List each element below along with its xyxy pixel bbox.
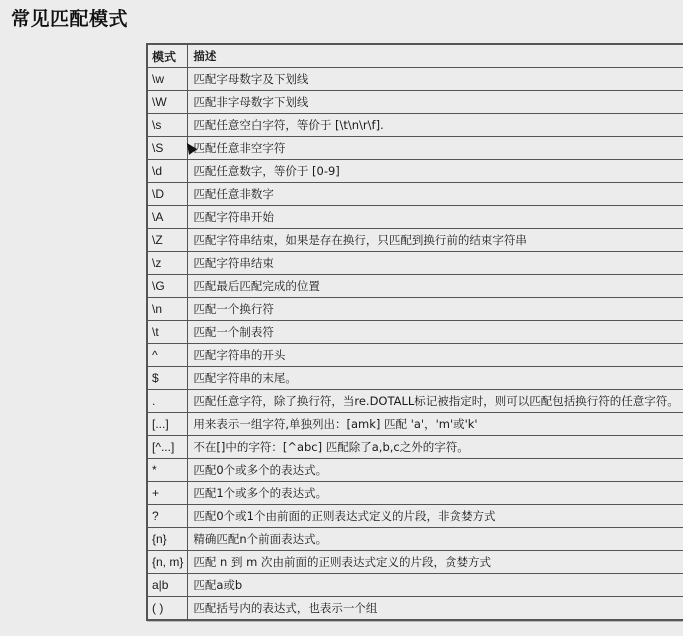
pattern-cell: {n} <box>147 528 188 551</box>
page-title: 常见匹配模式 <box>11 4 128 31</box>
description-cell: 匹配字母数字及下划线 <box>188 68 683 91</box>
pattern-cell: \t <box>147 321 188 344</box>
pattern-cell: \n <box>147 298 188 321</box>
description-cell: 匹配最后匹配完成的位置 <box>188 275 683 298</box>
table-row: \s匹配任意空白字符，等价于 [\t\n\r\f]. <box>147 114 683 137</box>
description-cell: 匹配字符串的开头 <box>188 344 683 367</box>
description-cell: 匹配字符串结束 <box>188 252 683 275</box>
pattern-cell: \w <box>147 68 188 91</box>
pattern-cell: \W <box>147 91 188 114</box>
description-cell: 匹配 n 到 m 次由前面的正则表达式定义的片段，贪婪方式 <box>188 551 683 574</box>
pattern-cell: \G <box>147 275 188 298</box>
table-row: ^匹配字符串的开头 <box>147 344 683 367</box>
description-cell: 匹配一个制表符 <box>188 321 683 344</box>
description-cell: 匹配0个或多个的表达式。 <box>188 459 683 482</box>
pattern-cell: [^...] <box>147 436 188 459</box>
description-cell: 匹配任意非空字符 <box>188 137 683 160</box>
table-row: \W匹配非字母数字下划线 <box>147 91 683 114</box>
table-row: ( )匹配括号内的表达式，也表示一个组 <box>147 597 683 621</box>
table-row: {n}精确匹配n个前面表达式。 <box>147 528 683 551</box>
description-cell: 匹配任意字符，除了换行符，当re.DOTALL标记被指定时，则可以匹配包括换行符… <box>188 390 683 413</box>
pattern-cell: \s <box>147 114 188 137</box>
table-row: a|b匹配a或b <box>147 574 683 597</box>
pattern-cell: \Z <box>147 229 188 252</box>
description-cell: 匹配字符串结束，如果是存在换行，只匹配到换行前的结束字符串 <box>188 229 683 252</box>
table-row: \d匹配任意数字，等价于 [0-9] <box>147 160 683 183</box>
description-cell: 匹配任意非数字 <box>188 183 683 206</box>
pattern-cell: \S <box>147 137 188 160</box>
description-cell: 匹配0个或1个由前面的正则表达式定义的片段，非贪婪方式 <box>188 505 683 528</box>
table-row: \G匹配最后匹配完成的位置 <box>147 275 683 298</box>
description-cell: 匹配任意空白字符，等价于 [\t\n\r\f]. <box>188 114 683 137</box>
table-row: \Z匹配字符串结束，如果是存在换行，只匹配到换行前的结束字符串 <box>147 229 683 252</box>
description-cell: 匹配括号内的表达式，也表示一个组 <box>188 597 683 621</box>
table-row: \w匹配字母数字及下划线 <box>147 68 683 91</box>
table-row: \S匹配任意非空字符 <box>147 137 683 160</box>
pattern-cell: ^ <box>147 344 188 367</box>
header-pattern: 模式 <box>147 44 188 68</box>
pattern-cell: ? <box>147 505 188 528</box>
description-cell: 匹配1个或多个的表达式。 <box>188 482 683 505</box>
pattern-cell: \D <box>147 183 188 206</box>
pattern-cell: \A <box>147 206 188 229</box>
description-cell: 匹配非字母数字下划线 <box>188 91 683 114</box>
pattern-cell: ( ) <box>147 597 188 621</box>
regex-pattern-table: 模式 描述 \w匹配字母数字及下划线\W匹配非字母数字下划线\s匹配任意空白字符… <box>146 43 683 621</box>
pattern-cell: . <box>147 390 188 413</box>
pattern-cell: * <box>147 459 188 482</box>
table-row: $匹配字符串的末尾。 <box>147 367 683 390</box>
table-row: ?匹配0个或1个由前面的正则表达式定义的片段，非贪婪方式 <box>147 505 683 528</box>
table-row: [^...]不在[]中的字符：[^abc] 匹配除了a,b,c之外的字符。 <box>147 436 683 459</box>
pattern-cell: \d <box>147 160 188 183</box>
table-row: +匹配1个或多个的表达式。 <box>147 482 683 505</box>
pattern-cell: \z <box>147 252 188 275</box>
table-row: \t匹配一个制表符 <box>147 321 683 344</box>
table-row: [...]用来表示一组字符,单独列出：[amk] 匹配 'a'，'m'或'k' <box>147 413 683 436</box>
description-cell: 匹配字符串的末尾。 <box>188 367 683 390</box>
table-row: *匹配0个或多个的表达式。 <box>147 459 683 482</box>
description-cell: 匹配一个换行符 <box>188 298 683 321</box>
description-cell: 不在[]中的字符：[^abc] 匹配除了a,b,c之外的字符。 <box>188 436 683 459</box>
pattern-cell: a|b <box>147 574 188 597</box>
description-cell: 匹配任意数字，等价于 [0-9] <box>188 160 683 183</box>
table-row: .匹配任意字符，除了换行符，当re.DOTALL标记被指定时，则可以匹配包括换行… <box>147 390 683 413</box>
pattern-cell: $ <box>147 367 188 390</box>
table-row: \D匹配任意非数字 <box>147 183 683 206</box>
header-description: 描述 <box>188 44 683 68</box>
pattern-cell: [...] <box>147 413 188 436</box>
table-row: \A匹配字符串开始 <box>147 206 683 229</box>
table-row: {n, m}匹配 n 到 m 次由前面的正则表达式定义的片段，贪婪方式 <box>147 551 683 574</box>
table-row: \z匹配字符串结束 <box>147 252 683 275</box>
pattern-cell: + <box>147 482 188 505</box>
description-cell: 匹配a或b <box>188 574 683 597</box>
table-row: \n匹配一个换行符 <box>147 298 683 321</box>
description-cell: 用来表示一组字符,单独列出：[amk] 匹配 'a'，'m'或'k' <box>188 413 683 436</box>
table-body: \w匹配字母数字及下划线\W匹配非字母数字下划线\s匹配任意空白字符，等价于 [… <box>147 68 683 621</box>
table-header-row: 模式 描述 <box>147 44 683 68</box>
pattern-cell: {n, m} <box>147 551 188 574</box>
description-cell: 精确匹配n个前面表达式。 <box>188 528 683 551</box>
description-cell: 匹配字符串开始 <box>188 206 683 229</box>
